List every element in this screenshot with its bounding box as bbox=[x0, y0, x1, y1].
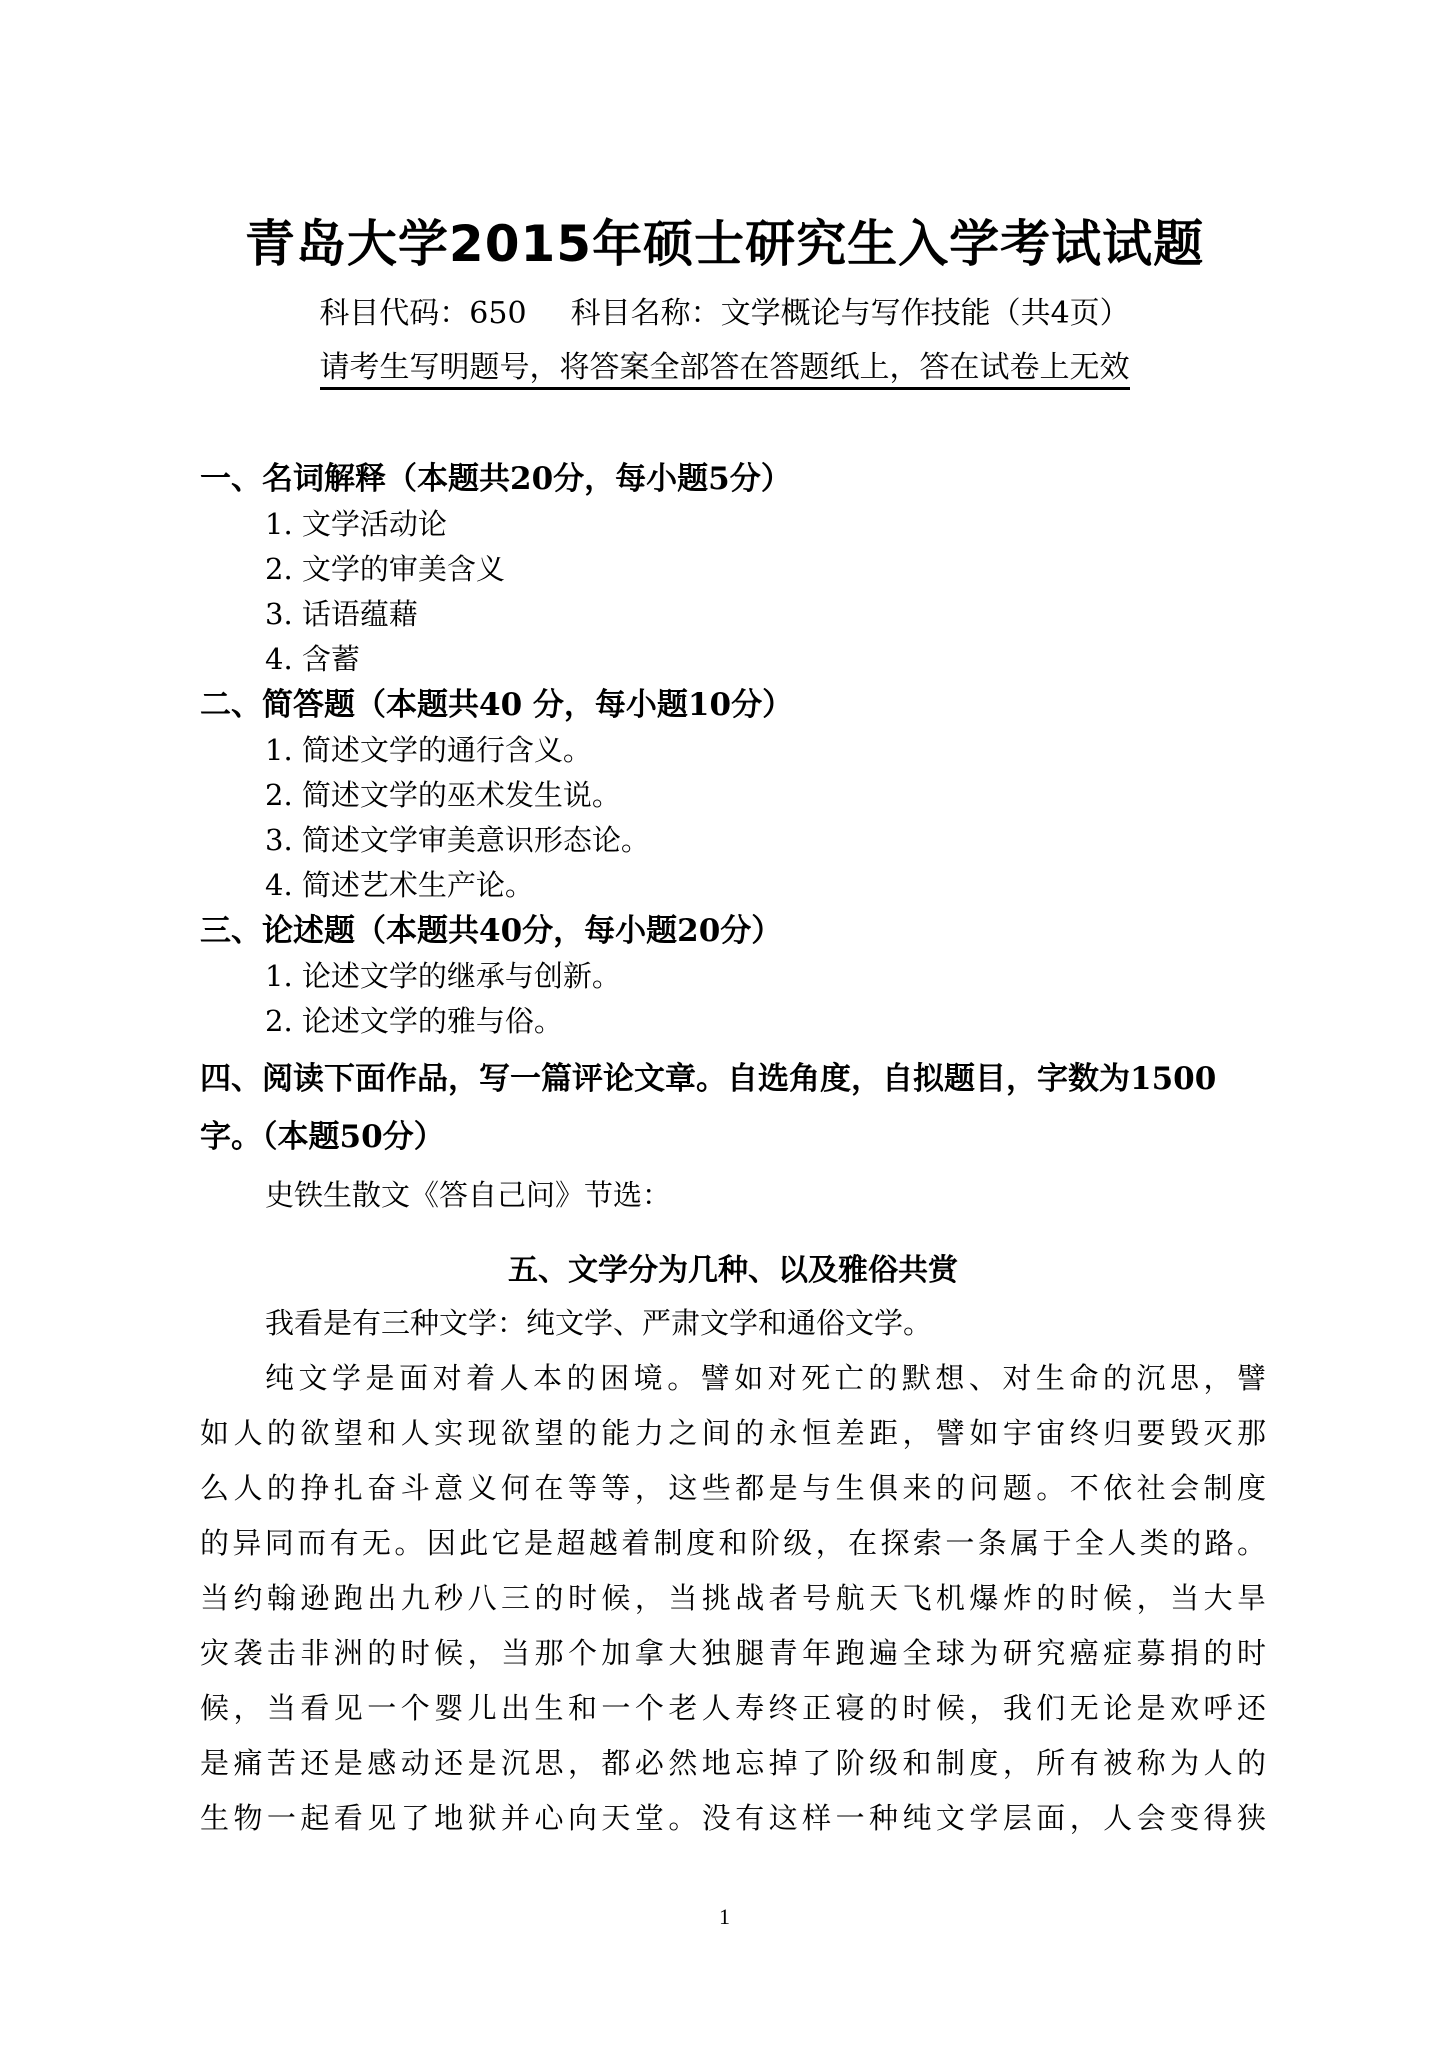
question-item: 3. 简述文学审美意识形态论。 bbox=[200, 818, 1266, 863]
section-heading-line: 四、阅读下面作品，写一篇评论文章。自选角度，自拟题目，字数为1500 bbox=[200, 1050, 1266, 1108]
question-item: 1. 文学活动论 bbox=[200, 502, 1266, 547]
notice-text: 请考生写明题号，将答案全部答在答题纸上，答在试卷上无效 bbox=[320, 350, 1130, 390]
section-heading: 四、阅读下面作品，写一篇评论文章。自选角度，自拟题目，字数为1500 字。（本题… bbox=[200, 1050, 1266, 1166]
section-1: 一、名词解释（本题共20分，每小题5分） 1. 文学活动论 2. 文学的审美含义… bbox=[200, 456, 1266, 682]
essay-line: 纯文学是面对着人本的困境。譬如对死亡的默想、对生命的沉思，譬 bbox=[200, 1351, 1266, 1406]
essay-paragraph: 我看是有三种文学：纯文学、严肃文学和通俗文学。 bbox=[200, 1296, 1266, 1351]
essay-line: 么人的挣扎奋斗意义何在等等，这些都是与生俱来的问题。不依社会制度 bbox=[200, 1461, 1266, 1516]
essay-title: 五、文学分为几种、以及雅俗共赏 bbox=[200, 1246, 1266, 1296]
section-heading: 三、论述题（本题共40分，每小题20分） bbox=[200, 908, 1266, 954]
essay-line: 当约翰逊跑出九秒八三的时候，当挑战者号航天飞机爆炸的时候，当大旱 bbox=[200, 1571, 1266, 1626]
section-2: 二、简答题（本题共40 分，每小题10分） 1. 简述文学的通行含义。 2. 简… bbox=[200, 682, 1266, 908]
section-heading: 二、简答题（本题共40 分，每小题10分） bbox=[200, 682, 1266, 728]
essay-paragraph: 纯文学是面对着人本的困境。譬如对死亡的默想、对生命的沉思，譬 如人的欲望和人实现… bbox=[200, 1351, 1266, 1846]
question-item: 2. 文学的审美含义 bbox=[200, 547, 1266, 592]
essay-line: 生物一起看见了地狱并心向天堂。没有这样一种纯文学层面，人会变得狭 bbox=[200, 1791, 1266, 1846]
essay-line: 候，当看见一个婴儿出生和一个老人寿终正寝的时候，我们无论是欢呼还 bbox=[200, 1681, 1266, 1736]
essay-line: 如人的欲望和人实现欲望的能力之间的永恒差距，譬如宇宙终归要毁灭那 bbox=[200, 1406, 1266, 1461]
question-item: 1. 简述文学的通行含义。 bbox=[200, 728, 1266, 773]
section-heading-line: 字。（本题50分） bbox=[200, 1108, 1266, 1166]
subject-code: 科目代码：650 bbox=[319, 296, 526, 331]
section-4: 四、阅读下面作品，写一篇评论文章。自选角度，自拟题目，字数为1500 字。（本题… bbox=[200, 1050, 1266, 1846]
subject-info: 科目代码：650科目名称：文学概论与写作技能（共4页） bbox=[0, 292, 1449, 336]
subject-name: 科目名称：文学概论与写作技能（共4页） bbox=[571, 296, 1130, 331]
exam-page: 青岛大学2015年硕士研究生入学考试试题 科目代码：650科目名称：文学概论与写… bbox=[0, 0, 1449, 2048]
exam-notice: 请考生写明题号，将答案全部答在答题纸上，答在试卷上无效 bbox=[0, 346, 1449, 390]
page-number: 1 bbox=[0, 1904, 1449, 1930]
question-item: 2. 简述文学的巫术发生说。 bbox=[200, 773, 1266, 818]
question-item: 4. 简述艺术生产论。 bbox=[200, 863, 1266, 908]
question-item: 2. 论述文学的雅与俗。 bbox=[200, 999, 1266, 1044]
question-item: 3. 话语蕴藉 bbox=[200, 592, 1266, 637]
essay-line: 的异同而有无。因此它是超越着制度和阶级，在探索一条属于全人类的路。 bbox=[200, 1516, 1266, 1571]
essay-source: 史铁生散文《答自己问》节选： bbox=[200, 1170, 1266, 1220]
question-item: 4. 含蓄 bbox=[200, 637, 1266, 682]
essay-line: 是痛苦还是感动还是沉思，都必然地忘掉了阶级和制度，所有被称为人的 bbox=[200, 1736, 1266, 1791]
exam-title: 青岛大学2015年硕士研究生入学考试试题 bbox=[0, 212, 1449, 276]
essay-line: 灾袭击非洲的时候，当那个加拿大独腿青年跑遍全球为研究癌症募捐的时 bbox=[200, 1626, 1266, 1681]
question-item: 1. 论述文学的继承与创新。 bbox=[200, 954, 1266, 999]
section-heading: 一、名词解释（本题共20分，每小题5分） bbox=[200, 456, 1266, 502]
exam-content: 一、名词解释（本题共20分，每小题5分） 1. 文学活动论 2. 文学的审美含义… bbox=[200, 456, 1266, 1846]
section-3: 三、论述题（本题共40分，每小题20分） 1. 论述文学的继承与创新。 2. 论… bbox=[200, 908, 1266, 1044]
